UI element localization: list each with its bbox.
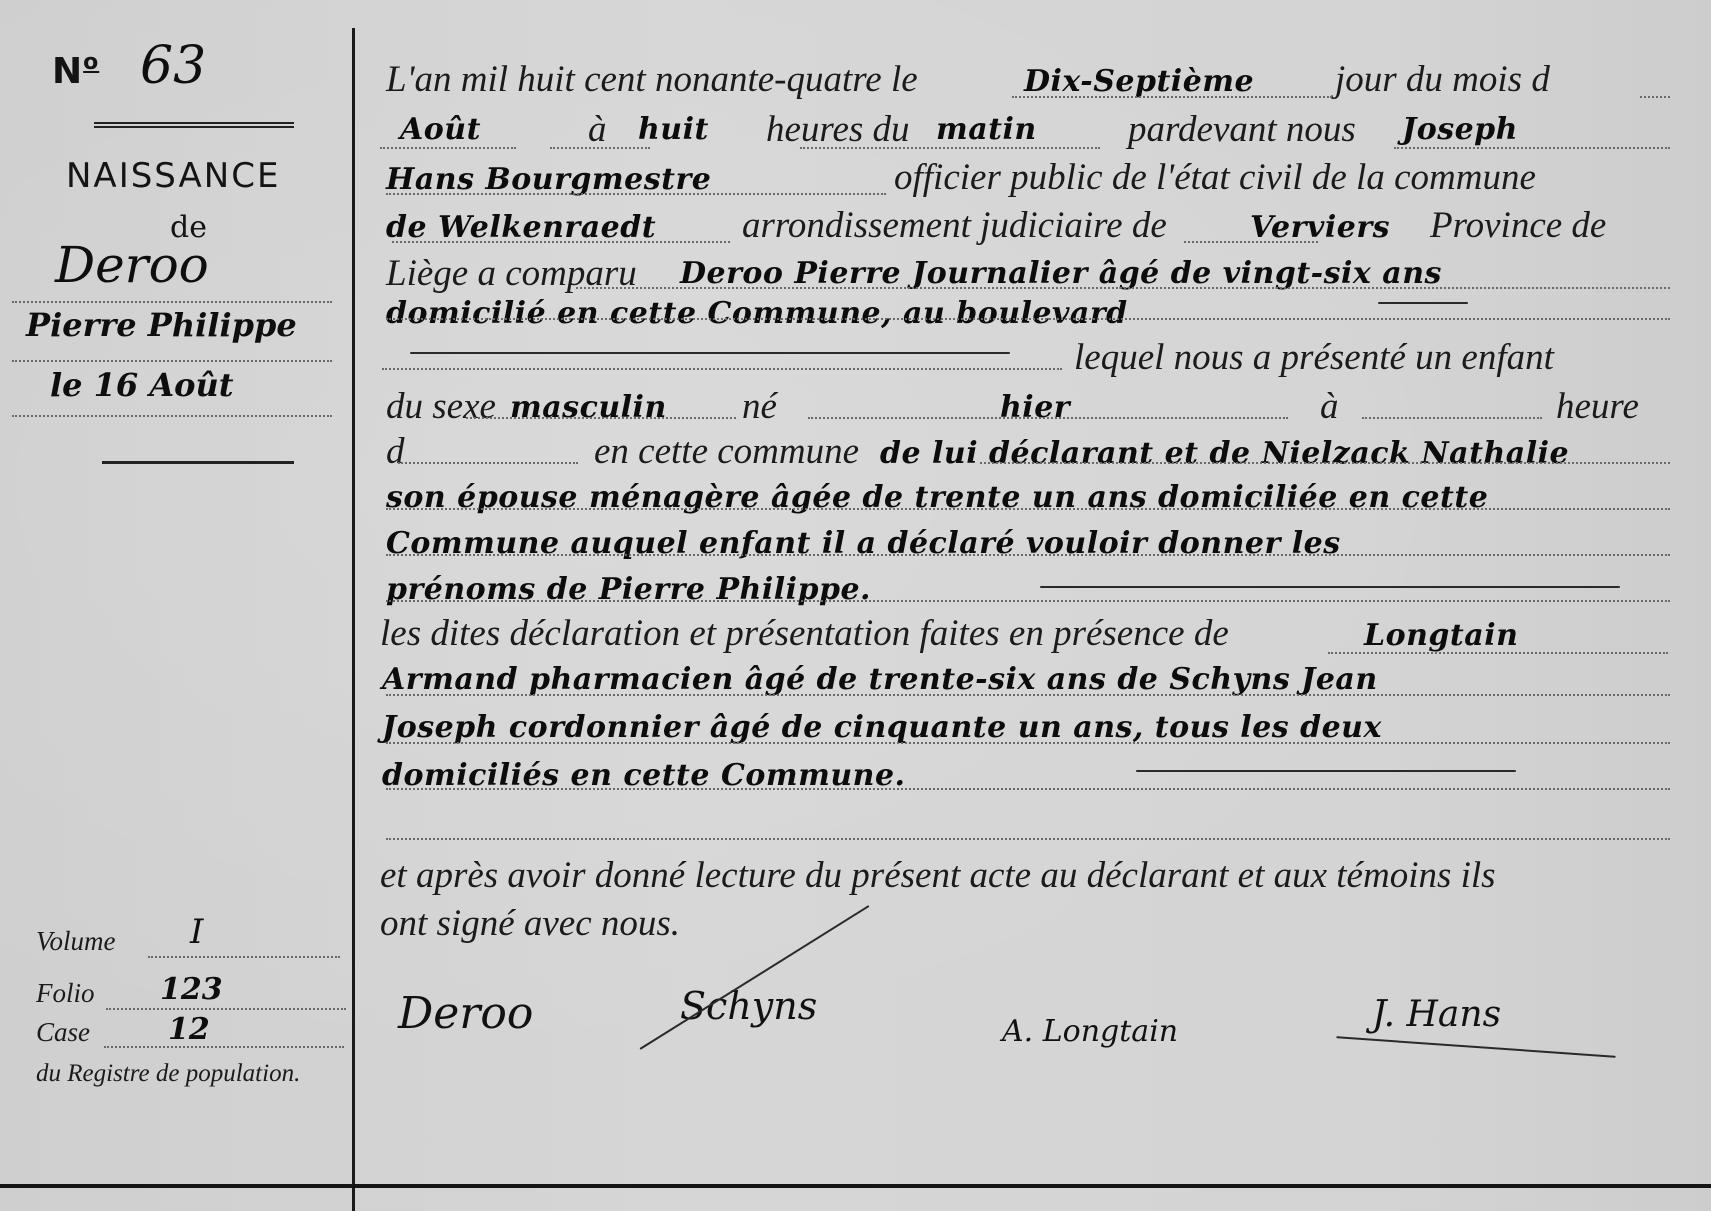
single-rule xyxy=(102,461,294,464)
act-line-2-time: matin xyxy=(936,112,1037,147)
record-date: le 16 Août xyxy=(50,366,234,404)
dotted-line xyxy=(1394,147,1670,149)
act-line-4-province: Province de xyxy=(1430,204,1606,247)
double-rule-top xyxy=(94,122,294,128)
record-number-label: No xyxy=(52,50,99,92)
act-line-2-heures: heures du xyxy=(766,108,910,151)
case-value: 12 xyxy=(168,1012,210,1047)
dotted-line xyxy=(386,193,886,195)
act-line-14-witness1-detail: Armand pharmacien âgé de trente-six ans … xyxy=(382,662,1378,697)
act-line-9-parents: de lui déclarant et de Nielzack Nathalie xyxy=(880,436,1569,471)
dotted-line xyxy=(398,462,578,464)
act-line-8-heure: heure xyxy=(1556,385,1639,428)
dotted-line xyxy=(12,301,332,303)
filler-stroke xyxy=(1136,770,1516,772)
registry-footer: du Registre de population. xyxy=(36,1060,300,1088)
dotted-line xyxy=(386,742,1670,744)
act-line-3-printed: officier public de l'état civil de la co… xyxy=(894,156,1536,199)
act-line-2-officer-first: Joseph xyxy=(1402,112,1518,147)
dotted-line xyxy=(386,508,1670,510)
dotted-line xyxy=(800,147,1100,149)
dotted-line xyxy=(380,147,516,149)
act-line-2-pardevant: pardevant nous xyxy=(1128,108,1356,151)
filler-stroke xyxy=(1040,586,1620,588)
signature-witness-longtain: A. Longtain xyxy=(1002,1014,1178,1049)
dotted-line xyxy=(576,287,1670,289)
dotted-line xyxy=(106,1008,346,1010)
dotted-line xyxy=(808,417,1288,419)
act-line-13-printed: les dites déclaration et présentation fa… xyxy=(380,612,1229,655)
dotted-line xyxy=(382,368,1062,370)
signature-declarant: Deroo xyxy=(398,988,533,1039)
filler-stroke xyxy=(1378,302,1468,304)
column-divider xyxy=(352,28,355,1211)
dotted-line xyxy=(104,1046,344,1048)
dotted-line xyxy=(386,694,1670,696)
act-line-5-declarant: Deroo Pierre Journalier âgé de vingt-six… xyxy=(680,256,1442,291)
dotted-line xyxy=(386,788,1670,790)
dotted-line xyxy=(980,462,1670,464)
dotted-line xyxy=(386,838,1670,840)
act-line-2-hour: huit xyxy=(638,112,709,147)
act-line-18-printed: ont signé avec nous. xyxy=(380,902,680,945)
act-line-1-day: Dix-Septième xyxy=(1024,64,1254,99)
act-line-2-month: Août xyxy=(400,112,481,147)
act-line-6-domicile: domicilié en cette Commune, au boulevard xyxy=(386,296,1128,331)
bottom-rule xyxy=(0,1184,1711,1188)
record-surname: Deroo xyxy=(55,236,209,294)
civil-registry-page: No 63 NAISSANCE de Deroo Pierre Philippe… xyxy=(0,0,1711,1211)
signature-officer: J. Hans xyxy=(1372,994,1501,1035)
dotted-line xyxy=(1640,96,1670,98)
dotted-line xyxy=(392,241,730,243)
act-line-8-sexe: du sexe xyxy=(386,385,496,428)
act-line-15-witness2-detail: Joseph cordonnier âgé de cinquante un an… xyxy=(382,710,1382,745)
dotted-line xyxy=(1362,417,1542,419)
act-line-4-arrondissement: Verviers xyxy=(1250,210,1390,245)
act-line-13-witness1: Longtain xyxy=(1364,618,1518,653)
dotted-line xyxy=(12,415,332,417)
act-line-8-sex: masculin xyxy=(510,390,667,425)
dotted-line xyxy=(550,147,650,149)
record-given-names: Pierre Philippe xyxy=(26,306,297,344)
dotted-line xyxy=(1012,96,1332,98)
dotted-line xyxy=(386,554,1670,556)
signature-underline xyxy=(1336,1036,1615,1058)
signature-witness-schyns: Schyns xyxy=(680,984,817,1028)
act-line-4-commune: de Welkenraedt xyxy=(386,210,656,245)
dotted-line xyxy=(466,417,736,419)
volume-label: Volume xyxy=(36,926,115,957)
act-line-8-when: hier xyxy=(1000,390,1070,425)
volume-value: I xyxy=(190,912,203,952)
act-line-3-officer: Hans Bourgmestre xyxy=(386,162,711,197)
act-line-8-ne: né xyxy=(742,385,777,428)
folio-label: Folio xyxy=(36,978,95,1009)
act-line-1-printed-2: jour du mois d xyxy=(1335,58,1550,101)
act-line-4-printed: arrondissement judiciaire de xyxy=(742,204,1167,247)
case-label: Case xyxy=(36,1017,90,1048)
dotted-line xyxy=(12,360,332,362)
dotted-line xyxy=(148,956,340,958)
folio-value: 123 xyxy=(160,972,223,1007)
act-line-17-printed: et après avoir donné lecture du présent … xyxy=(380,854,1496,897)
number-label-text: N xyxy=(52,51,83,92)
number-label-sup: o xyxy=(83,50,99,75)
act-line-9-commune: en cette commune xyxy=(594,430,859,473)
act-line-8-a: à xyxy=(1320,385,1339,428)
act-line-2-a: à xyxy=(588,108,607,151)
act-line-7-printed: lequel nous a présenté un enfant xyxy=(1074,336,1554,379)
record-number-value: 63 xyxy=(140,36,206,96)
filler-stroke xyxy=(410,352,1010,354)
record-type: NAISSANCE xyxy=(66,156,280,196)
act-line-1-printed: L'an mil huit cent nonante-quatre le xyxy=(386,58,918,101)
dotted-line xyxy=(1328,652,1668,654)
dotted-line xyxy=(386,318,1670,320)
dotted-line xyxy=(386,600,1670,602)
act-line-9-d: d xyxy=(386,430,405,473)
dotted-line xyxy=(1184,241,1318,243)
